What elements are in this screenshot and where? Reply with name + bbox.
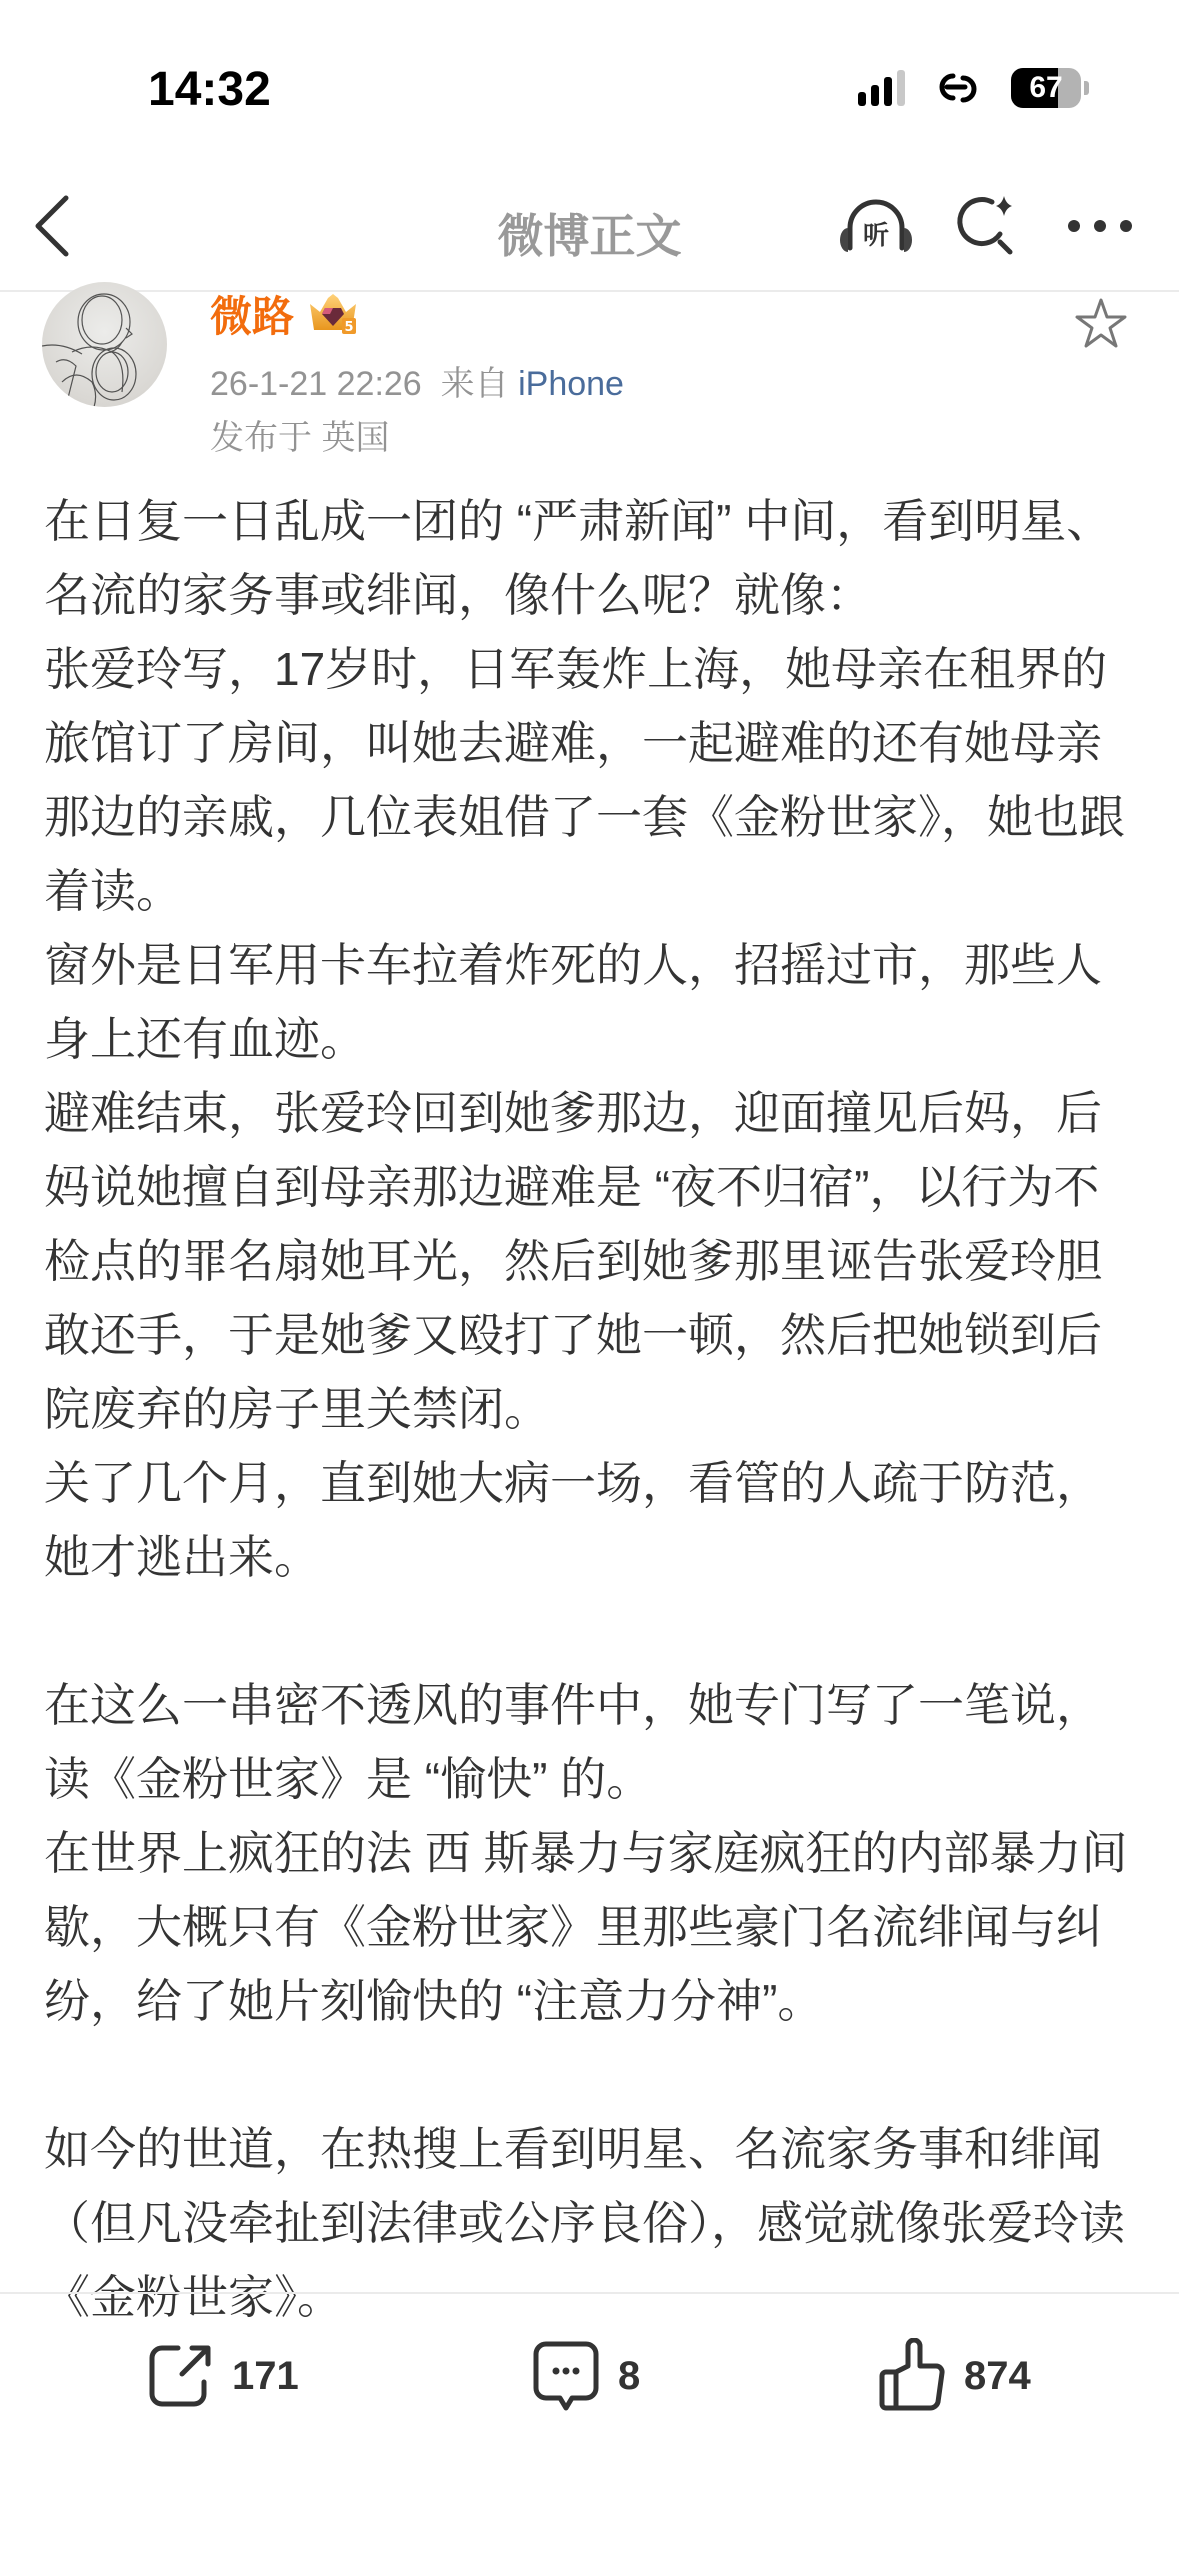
post-location: 发布于 英国 — [210, 410, 389, 459]
listen-headphones-icon: 听 — [836, 190, 916, 262]
repost-icon — [142, 2338, 218, 2414]
post-paragraph: 窗外是日军用卡车拉着炸死的人，招摇过市，那些人身上还有血迹。 — [44, 928, 1144, 1076]
svg-text:听: 听 — [863, 221, 889, 251]
author-name[interactable]: 微路 — [210, 284, 294, 344]
status-icons: 67 — [858, 68, 1089, 108]
svg-text:5: 5 — [344, 320, 353, 335]
ai-search-icon — [950, 190, 1030, 262]
listen-button[interactable]: 听 — [836, 190, 916, 262]
signal-icon — [858, 70, 905, 106]
personal-hotspot-icon — [931, 68, 985, 108]
post-date: 26-1-21 22:26 — [210, 365, 422, 403]
thumbs-up-icon — [874, 2338, 950, 2414]
post-paragraph: 在这么一串密不透风的事件中，她专门写了一笔说，读《金粉世家》是 “愉快” 的。 — [44, 1668, 1144, 1816]
more-icon — [1060, 190, 1140, 262]
post-paragraph: 在日复一日乱成一团的 “严肃新闻” 中间，看到明星、名流的家务事或绯闻，像什么呢… — [44, 484, 1144, 632]
more-button[interactable] — [1060, 190, 1140, 262]
status-time: 14:32 — [148, 62, 271, 117]
action-bar: 171 8 874 — [0, 2294, 1179, 2454]
status-bar: 14:32 67 — [0, 0, 1179, 160]
repost-button[interactable]: 171 — [142, 2338, 299, 2414]
post-source[interactable]: iPhone — [518, 365, 624, 403]
battery-level: 67 — [1011, 71, 1081, 105]
repost-count: 171 — [232, 2354, 299, 2399]
comment-button[interactable]: 8 — [528, 2338, 640, 2414]
ai-search-button[interactable] — [950, 190, 1030, 262]
source-prefix: 来自 — [441, 365, 509, 403]
post-meta: 26-1-21 22:26 来自 iPhone — [210, 356, 624, 405]
crown-badge-icon[interactable]: 5 — [306, 292, 360, 336]
nav-bar: 微博正文 听 — [0, 160, 1179, 292]
comment-count: 8 — [618, 2354, 640, 2399]
post-paragraph: 在世界上疯狂的法 西 斯暴力与家庭疯狂的内部暴力间歇，大概只有《金粉世家》里那些… — [44, 1816, 1144, 2038]
paragraph-gap — [44, 2038, 1144, 2112]
post-paragraph: 关了几个月，直到她大病一场，看管的人疏于防范，她才逃出来。 — [44, 1446, 1144, 1594]
star-icon — [1073, 296, 1129, 352]
like-button[interactable]: 874 — [874, 2338, 1031, 2414]
avatar[interactable] — [42, 282, 167, 407]
post-paragraph: 避难结束，张爱玲回到她爹那边，迎面撞见后妈，后妈说她擅自到母亲那边避难是 “夜不… — [44, 1076, 1144, 1446]
favorite-button[interactable] — [1073, 296, 1129, 352]
avatar-sketch-image — [42, 282, 167, 407]
author-row: 微路 5 — [210, 284, 360, 344]
like-count: 874 — [964, 2354, 1031, 2399]
paragraph-gap — [44, 1594, 1144, 1668]
post-header: 微路 5 26-1-21 22:26 来自 iPhone 发布于 英国 — [0, 292, 1179, 452]
comment-icon — [528, 2338, 604, 2414]
post-body: 在日复一日乱成一团的 “严肃新闻” 中间，看到明星、名流的家务事或绯闻，像什么呢… — [44, 484, 1144, 2334]
post-paragraph: 张爱玲写，17岁时，日军轰炸上海，她母亲在租界的旅馆订了房间，叫她去避难，一起避… — [44, 632, 1144, 928]
battery-icon: 67 — [1011, 68, 1081, 108]
